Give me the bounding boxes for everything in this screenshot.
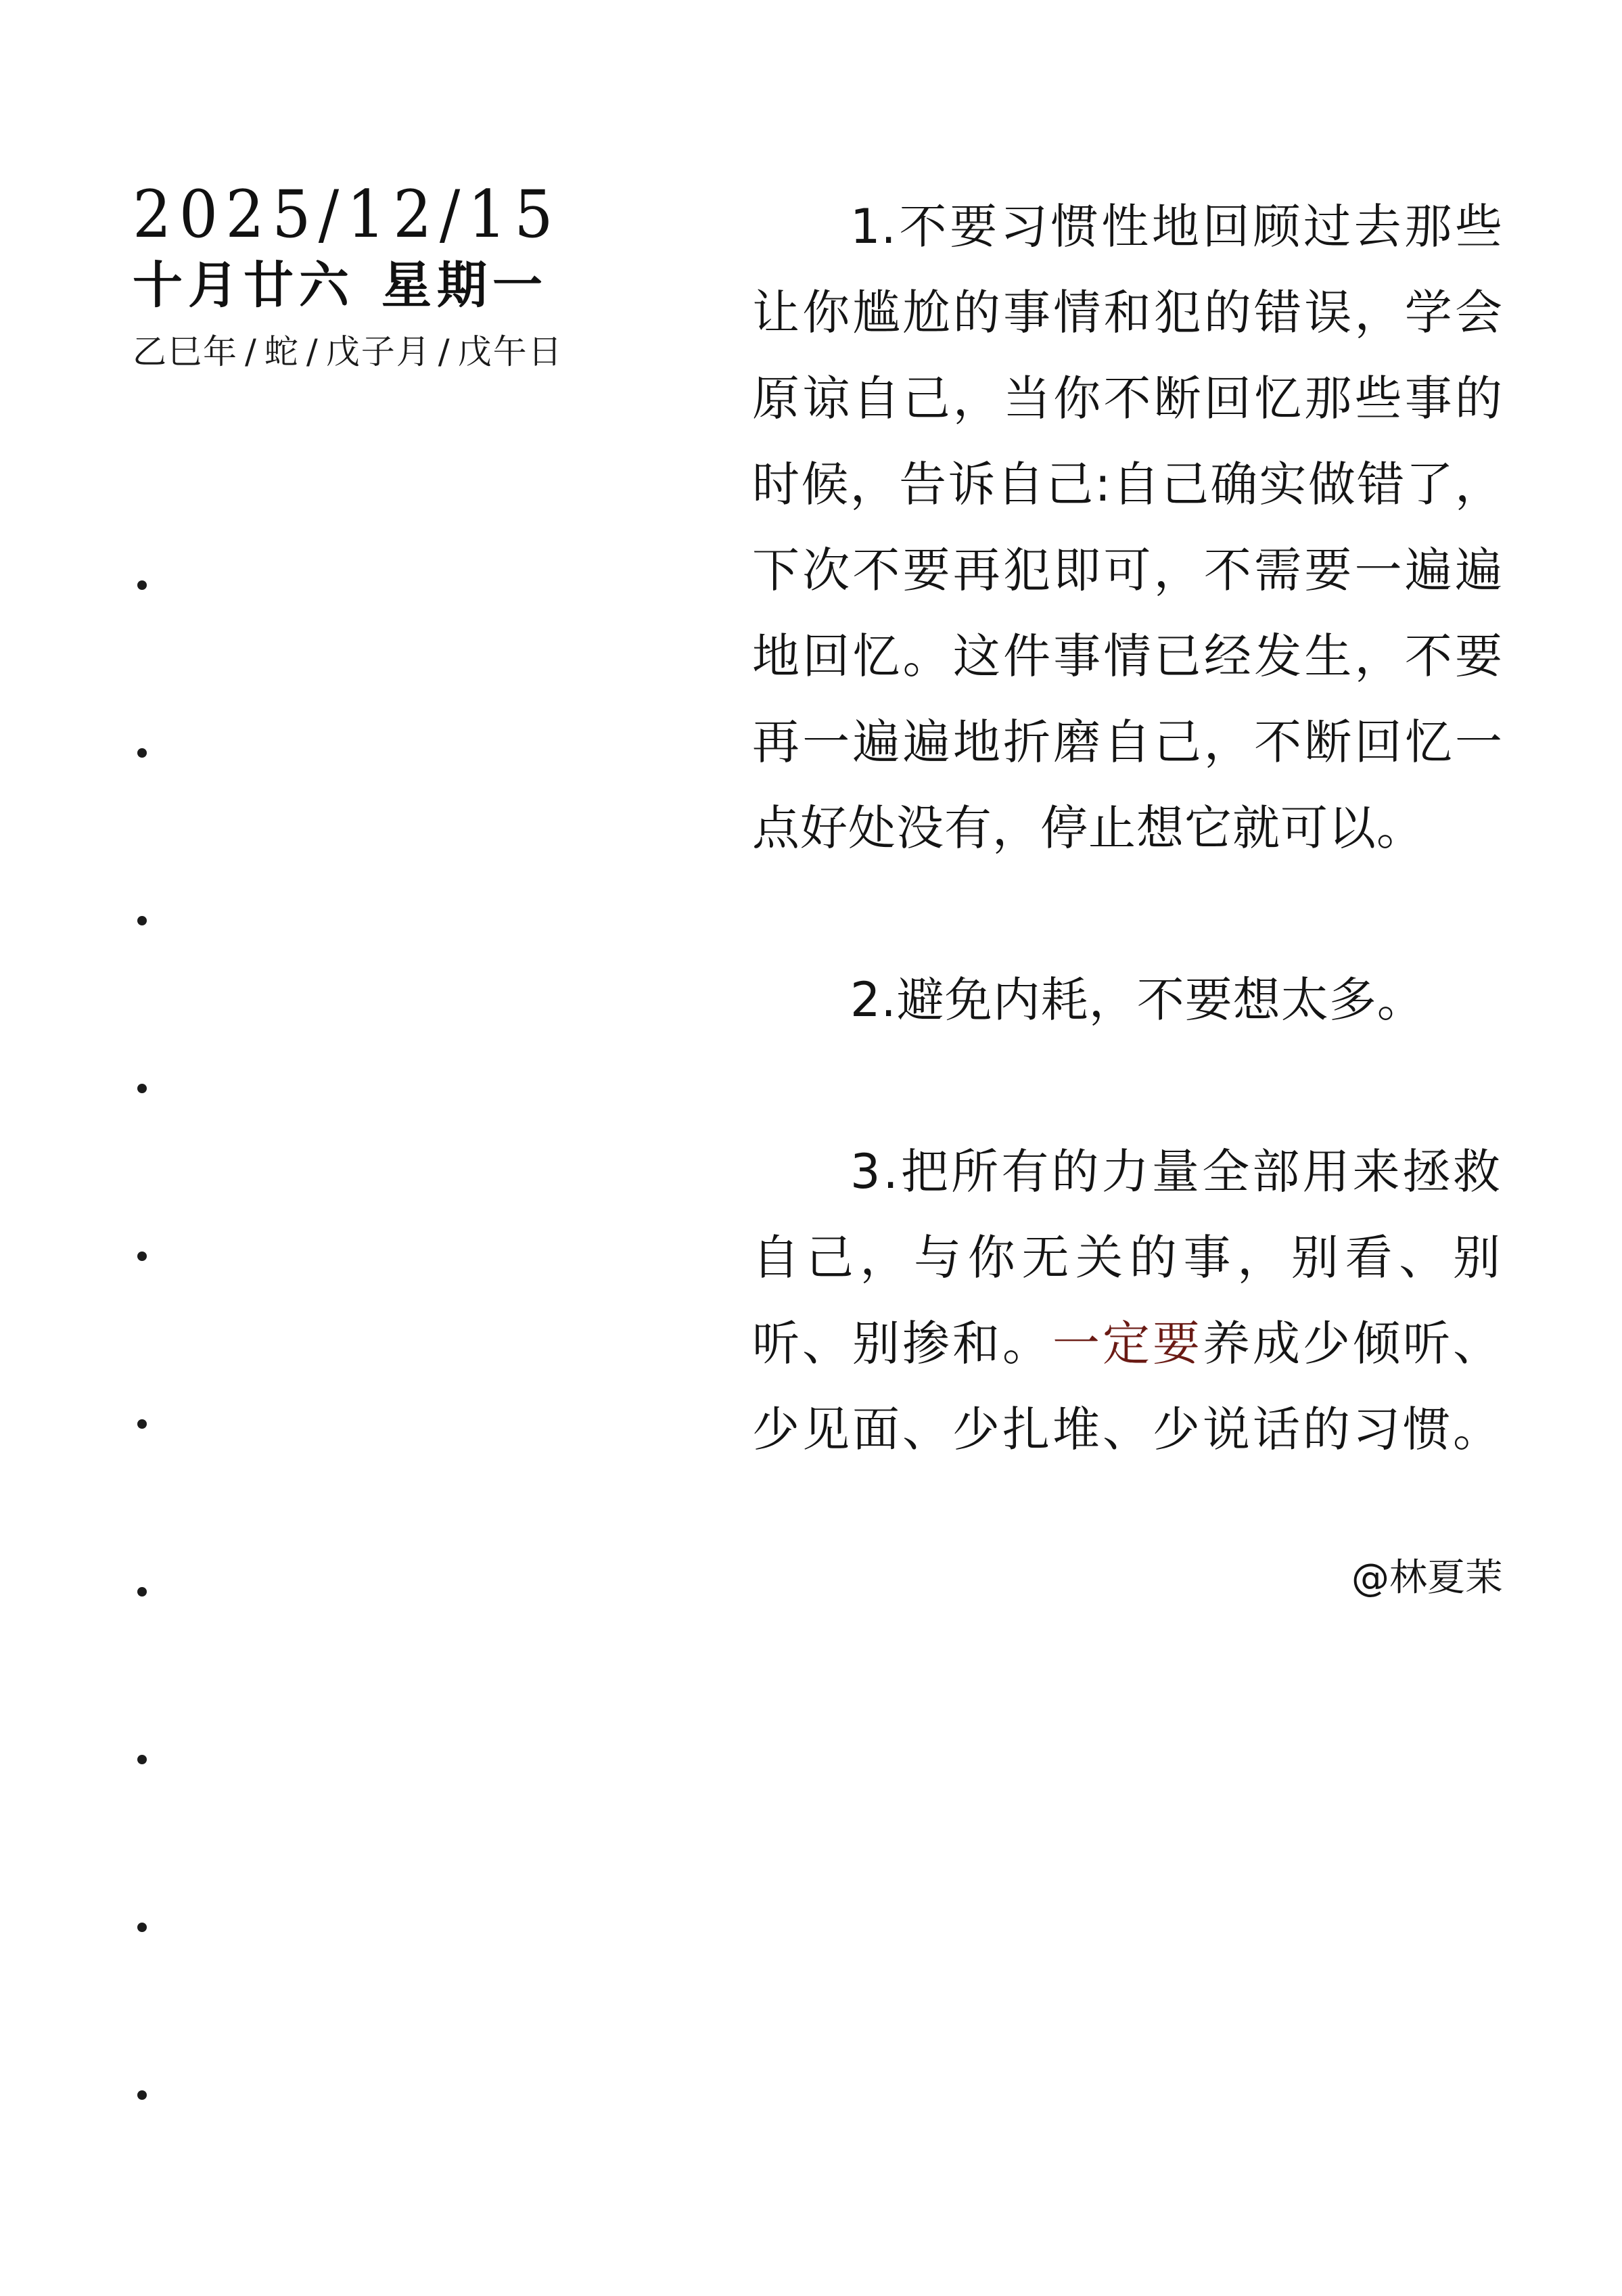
- author-signature: @林夏茉: [1351, 1555, 1503, 1602]
- ganzhi-zodiac: 蛇: [264, 332, 300, 371]
- paragraph-2: 2.避免内耗，不要想太多。: [752, 957, 1503, 1043]
- ganzhi-day: 戊午日: [458, 332, 563, 371]
- accent-text: 一定要: [1052, 1316, 1203, 1371]
- paragraph-1: 1.不要习惯性地回顾过去那些让你尴尬的事情和犯的错误，学会原谅自己，当你不断回忆…: [752, 184, 1503, 871]
- article-body: 1.不要习惯性地回顾过去那些让你尴尬的事情和犯的错误，学会原谅自己，当你不断回忆…: [752, 184, 1503, 1559]
- paragraph-number: 2.: [850, 972, 897, 1028]
- separator: /: [438, 332, 451, 371]
- paragraph-text: 避免内耗，不要想太多。: [897, 972, 1425, 1028]
- paragraph-number: 3.: [850, 1144, 901, 1199]
- bullet-dot: [137, 748, 147, 758]
- bullet-dot: [137, 1587, 147, 1597]
- bullet-dot: [137, 2090, 147, 2100]
- bullet-dot: [137, 1252, 147, 1261]
- paragraph-3: 3.把所有的力量全部用来拯救自己，与你无关的事，别看、别听、别掺和。一定要养成少…: [752, 1129, 1503, 1473]
- lunar-date: 十月廿六: [133, 256, 354, 315]
- bullet-dot: [137, 1084, 147, 1093]
- paragraph-number: 1.: [850, 199, 897, 254]
- bullet-dot: [137, 1419, 147, 1429]
- lunar-date-line: 十月廿六星期一: [133, 252, 660, 319]
- bullet-dot: [137, 1755, 147, 1764]
- paragraph-text: 不要习惯性地回顾过去那些让你尴尬的事情和犯的错误，学会原谅自己，当你不断回忆那些…: [752, 199, 1503, 856]
- gregorian-date: 2025/12/15: [133, 177, 628, 252]
- bullet-dot: [137, 1923, 147, 1932]
- ganzhi-line: 乙巳年/蛇/戊子月/戊午日: [133, 325, 660, 379]
- ganzhi-year: 乙巳年: [133, 332, 238, 371]
- separator: /: [245, 332, 258, 371]
- date-header: 2025/12/15 十月廿六星期一 乙巳年/蛇/戊子月/戊午日: [133, 177, 660, 379]
- bullet-dot: [137, 580, 147, 590]
- separator: /: [306, 332, 319, 371]
- bullet-dot: [137, 916, 147, 925]
- weekday: 星期一: [381, 256, 548, 315]
- ganzhi-month: 戊子月: [326, 332, 432, 371]
